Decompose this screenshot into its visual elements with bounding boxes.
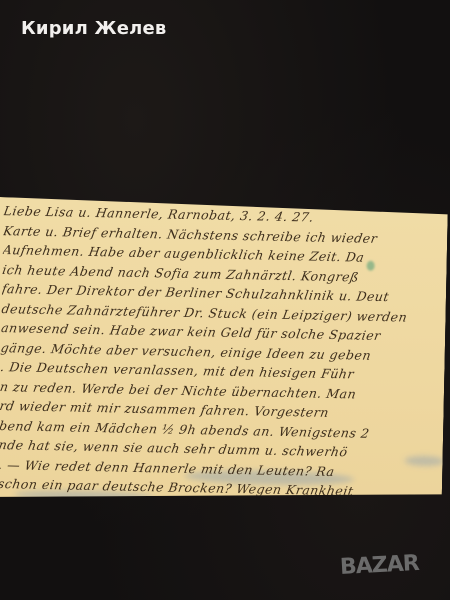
bazar-watermark-logo: BAZAR xyxy=(339,551,419,580)
seller-name: Кирил Желев xyxy=(21,18,167,39)
handwritten-postcard: Liebe Lisa u. Hannerle, Rarnobat, 3. 2. … xyxy=(0,197,448,506)
handwritten-text: Liebe Lisa u. Hannerle, Rarnobat, 3. 2. … xyxy=(0,201,444,522)
